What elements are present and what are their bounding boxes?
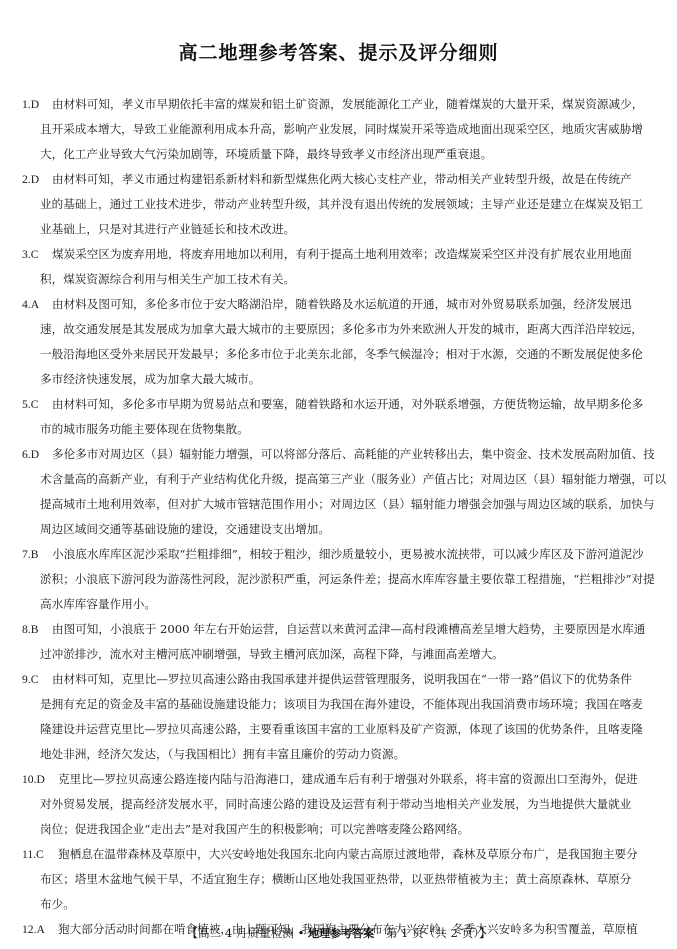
answer-text: 市的城市服务功能主要体现在货物集散。 bbox=[40, 422, 249, 436]
answer-text: 术含量高的高新产业，有利于产业结构优化升级，提高第三产业（服务业）产值占比；对周… bbox=[40, 472, 666, 486]
answer-item: 9.C由材料可知，克里比—罗拉贝高速公路由我国承建并提供运营管理服务，说明我国在… bbox=[0, 667, 677, 767]
answer-continuation-line: 积，煤炭资源综合利用与相关生产加工技术有关。 bbox=[0, 267, 677, 292]
answer-text: 克里比—罗拉贝高速公路连接内陆与沿海港口，建成通车后有利于增强对外联系，将丰富的… bbox=[58, 772, 638, 786]
answer-first-line: 3.C煤炭采空区为废弃用地，将废弃用地加以利用，有利于提高土地利用效率；改造煤炭… bbox=[0, 242, 677, 267]
answer-first-line: 7.B小浪底水库库区泥沙采取“拦粗排细”，相较于粗沙，细沙质量较小，更易被水流挟… bbox=[0, 542, 677, 567]
answer-continuation-line: 过冲淤排沙，流水对主槽河底冲刷增强，导致主槽河底加深，高程下降，与滩面高差增大。 bbox=[0, 642, 677, 667]
answer-continuation-line: 且开采成本增大，导致工业能源利用成本升高，影响产业发展，同时煤炭开采等造成地面出… bbox=[0, 117, 677, 142]
answer-first-line: 10.D克里比—罗拉贝高速公路连接内陆与沿海港口，建成通车后有利于增强对外联系，… bbox=[0, 767, 677, 792]
answer-continuation-line: 岗位；促进我国企业“走出去”是对我国产生的积极影响；可以完善喀麦隆公路网络。 bbox=[0, 817, 677, 842]
answer-first-line: 5.C由材料可知，多伦多市早期为贸易站点和要塞，随着铁路和水运开通，对外联系增强… bbox=[0, 392, 677, 417]
answer-item: 7.B小浪底水库库区泥沙采取“拦粗排细”，相较于粗沙，细沙质量较小，更易被水流挟… bbox=[0, 542, 677, 617]
answer-text: 布区；塔里木盆地气候干旱，不适宜狍生存；横断山区地处我国亚热带，以亚热带植被为主… bbox=[40, 872, 631, 886]
answer-text: 狍栖息在温带森林及草原中，大兴安岭地处我国东北向内蒙古高原过渡地带，森林及草原分… bbox=[58, 847, 638, 861]
answer-text: 由材料可知，多伦多市早期为贸易站点和要塞，随着铁路和水运开通，对外联系增强，方便… bbox=[52, 397, 643, 411]
answer-item: 3.C煤炭采空区为废弃用地，将废弃用地加以利用，有利于提高土地利用效率；改造煤炭… bbox=[0, 242, 677, 292]
answer-continuation-line: 地处非洲，经济欠发达，（与我国相比）拥有丰富且廉价的劳动力资源。 bbox=[0, 742, 677, 767]
answer-text: 过冲淤排沙，流水对主槽河底冲刷增强，导致主槽河底加深，高程下降，与滩面高差增大。 bbox=[40, 647, 504, 661]
page-footer: 【高二 4 月质量检测 • 地理参考答案 第 1 页（共 2 页）】 bbox=[0, 925, 677, 941]
footer-exam-label: 【高二 4 月质量检测 • bbox=[186, 926, 308, 940]
answer-number: 3.C bbox=[22, 242, 42, 267]
answer-number: 6.D bbox=[22, 442, 42, 467]
answer-text: 小浪底水库库区泥沙采取“拦粗排细”，相较于粗沙，细沙质量较小，更易被水流挟带，可… bbox=[52, 547, 644, 561]
answer-item: 4.A由材料及图可知，多伦多市位于安大略湖沿岸，随着铁路及水运航道的开通，城市对… bbox=[0, 292, 677, 392]
answer-first-line: 8.B由图可知，小浪底于 2000 年左右开始运营，自运营以来黄河孟津—高村段滩… bbox=[0, 617, 677, 642]
answer-first-line: 9.C由材料可知，克里比—罗拉贝高速公路由我国承建并提供运营管理服务，说明我国在… bbox=[0, 667, 677, 692]
answer-text: 煤炭采空区为废弃用地，将废弃用地加以利用，有利于提高土地利用效率；改造煤炭采空区… bbox=[52, 247, 632, 261]
answer-continuation-line: 对外贸易发展，提高经济发展水平，同时高速公路的建设及运营有利于带动当地相关产业发… bbox=[0, 792, 677, 817]
answer-continuation-line: 一般沿海地区受外来居民开发最早；多伦多市位于北美东北部，冬季气候湿冷；相对于水源… bbox=[0, 342, 677, 367]
document-page: 高二地理参考答案、提示及评分细则 1.D由材料可知，孝义市早期依托丰富的煤炭和铝… bbox=[0, 0, 677, 949]
answer-continuation-line: 大，化工产业导致大气污染加剧等，环境质量下降，最终导致孝义市经济出现严重衰退。 bbox=[0, 142, 677, 167]
answer-continuation-line: 高水库库容量作用小。 bbox=[0, 592, 677, 617]
answer-item: 5.C由材料可知，多伦多市早期为贸易站点和要塞，随着铁路和水运开通，对外联系增强… bbox=[0, 392, 677, 442]
answer-continuation-line: 多市经济快速发展，成为加拿大最大城市。 bbox=[0, 367, 677, 392]
answer-item: 2.D由材料可知，孝义市通过构建铝系新材料和新型煤焦化两大核心支柱产业，带动相关… bbox=[0, 167, 677, 242]
footer-subject: 地理参考答案 bbox=[308, 927, 374, 940]
answer-text: 业基础上，只是对其进行产业链延长和技术改进。 bbox=[40, 222, 295, 236]
answer-continuation-line: 隆建设并运营克里比—罗拉贝高速公路，主要看重该国丰富的工业原料及矿产资源，体现了… bbox=[0, 717, 677, 742]
answer-number: 9.C bbox=[22, 667, 42, 692]
answer-first-line: 2.D由材料可知，孝义市通过构建铝系新材料和新型煤焦化两大核心支柱产业，带动相关… bbox=[0, 167, 677, 192]
answer-continuation-line: 术含量高的高新产业，有利于产业结构优化升级，提高第三产业（服务业）产值占比；对周… bbox=[0, 467, 677, 492]
answer-continuation-line: 布区；塔里木盆地气候干旱，不适宜狍生存；横断山区地处我国亚热带，以亚热带植被为主… bbox=[0, 867, 677, 892]
answer-text: 由图可知，小浪底于 2000 年左右开始运营，自运营以来黄河孟津—高村段滩槽高差… bbox=[52, 622, 645, 636]
answer-item: 8.B由图可知，小浪底于 2000 年左右开始运营，自运营以来黄河孟津—高村段滩… bbox=[0, 617, 677, 667]
answer-continuation-line: 淤积；小浪底下游河段为游荡性河段，泥沙淤积严重，河运条件差；提高水库库容量主要依… bbox=[0, 567, 677, 592]
answer-number: 10.D bbox=[22, 767, 48, 792]
answer-text: 布少。 bbox=[40, 897, 75, 911]
answer-continuation-line: 业的基础上，通过工业技术进步，带动产业转型升级，其并没有退出传统的发展领域；主导… bbox=[0, 192, 677, 217]
answer-continuation-line: 布少。 bbox=[0, 892, 677, 917]
answer-item: 1.D由材料可知，孝义市早期依托丰富的煤炭和铝土矿资源，发展能源化工产业，随着煤… bbox=[0, 92, 677, 167]
answer-item: 6.D多伦多市对周边区（县）辐射能力增强，可以将部分落后、高耗能的产业转移出去，… bbox=[0, 442, 677, 542]
answer-list: 1.D由材料可知，孝义市早期依托丰富的煤炭和铝土矿资源，发展能源化工产业，随着煤… bbox=[0, 92, 677, 942]
answer-text: 业的基础上，通过工业技术进步，带动产业转型升级，其并没有退出传统的发展领域；主导… bbox=[40, 197, 643, 211]
answer-text: 一般沿海地区受外来居民开发最早；多伦多市位于北美东北部，冬季气候湿冷；相对于水源… bbox=[40, 347, 643, 361]
answer-continuation-line: 是拥有充足的资金及丰富的基础设施建设能力；该项目为我国在海外建设，不能体现出我国… bbox=[0, 692, 677, 717]
answer-text: 多伦多市对周边区（县）辐射能力增强，可以将部分落后、高耗能的产业转移出去，集中资… bbox=[52, 447, 655, 461]
answer-text: 是拥有充足的资金及丰富的基础设施建设能力；该项目为我国在海外建设，不能体现出我国… bbox=[40, 697, 643, 711]
answer-first-line: 1.D由材料可知，孝义市早期依托丰富的煤炭和铝土矿资源，发展能源化工产业，随着煤… bbox=[0, 92, 677, 117]
answer-text: 隆建设并运营克里比—罗拉贝高速公路，主要看重该国丰富的工业原料及矿产资源，体现了… bbox=[40, 722, 643, 736]
answer-item: 10.D克里比—罗拉贝高速公路连接内陆与沿海港口，建成通车后有利于增强对外联系，… bbox=[0, 767, 677, 842]
answer-text: 周边区域间交通等基础设施的建设，交通建设支出增加。 bbox=[40, 522, 330, 536]
answer-text: 且开采成本增大，导致工业能源利用成本升高，影响产业发展，同时煤炭开采等造成地面出… bbox=[40, 122, 643, 136]
answer-text: 淤积；小浪底下游河段为游荡性河段，泥沙淤积严重，河运条件差；提高水库库容量主要依… bbox=[40, 572, 655, 586]
answer-text: 大，化工产业导致大气污染加剧等，环境质量下降，最终导致孝义市经济出现严重衰退。 bbox=[40, 147, 492, 161]
answer-text: 速，故交通发展是其发展成为加拿大最大城市的主要原因；多伦多市为外来欧洲人开发的城… bbox=[40, 322, 643, 336]
answer-continuation-line: 业基础上，只是对其进行产业链延长和技术改进。 bbox=[0, 217, 677, 242]
answer-number: 8.B bbox=[22, 617, 42, 642]
answer-text: 由材料可知，克里比—罗拉贝高速公路由我国承建并提供运营管理服务，说明我国在“一带… bbox=[52, 672, 632, 686]
answer-text: 高水库库容量作用小。 bbox=[40, 597, 156, 611]
answer-number: 5.C bbox=[22, 392, 42, 417]
answer-text: 由材料可知，孝义市通过构建铝系新材料和新型煤焦化两大核心支柱产业，带动相关产业转… bbox=[52, 172, 632, 186]
answer-text: 提高城市土地利用效率，但对扩大城市管辖范围作用小；对周边区（县）辐射能力增强会加… bbox=[40, 497, 654, 511]
answer-first-line: 4.A由材料及图可知，多伦多市位于安大略湖沿岸，随着铁路及水运航道的开通，城市对… bbox=[0, 292, 677, 317]
answer-number: 4.A bbox=[22, 292, 42, 317]
answer-continuation-line: 速，故交通发展是其发展成为加拿大最大城市的主要原因；多伦多市为外来欧洲人开发的城… bbox=[0, 317, 677, 342]
answer-text: 由材料可知，孝义市早期依托丰富的煤炭和铝土矿资源，发展能源化工产业，随着煤炭的大… bbox=[52, 97, 643, 111]
answer-number: 7.B bbox=[22, 542, 42, 567]
answer-text: 地处非洲，经济欠发达，（与我国相比）拥有丰富且廉价的劳动力资源。 bbox=[40, 747, 405, 761]
answer-first-line: 11.C狍栖息在温带森林及草原中，大兴安岭地处我国东北向内蒙古高原过渡地带，森林… bbox=[0, 842, 677, 867]
answer-continuation-line: 市的城市服务功能主要体现在货物集散。 bbox=[0, 417, 677, 442]
answer-first-line: 6.D多伦多市对周边区（县）辐射能力增强，可以将部分落后、高耗能的产业转移出去，… bbox=[0, 442, 677, 467]
answer-continuation-line: 周边区域间交通等基础设施的建设，交通建设支出增加。 bbox=[0, 517, 677, 542]
answer-text: 多市经济快速发展，成为加拿大最大城市。 bbox=[40, 372, 260, 386]
answer-text: 积，煤炭资源综合利用与相关生产加工技术有关。 bbox=[40, 272, 295, 286]
answer-text: 岗位；促进我国企业“走出去”是对我国产生的积极影响；可以完善喀麦隆公路网络。 bbox=[40, 822, 469, 836]
answer-continuation-line: 提高城市土地利用效率，但对扩大城市管辖范围作用小；对周边区（县）辐射能力增强会加… bbox=[0, 492, 677, 517]
footer-page-number: 第 1 页（共 2 页）】 bbox=[374, 926, 490, 940]
page-title: 高二地理参考答案、提示及评分细则 bbox=[0, 38, 677, 65]
answer-number: 1.D bbox=[22, 92, 42, 117]
answer-number: 2.D bbox=[22, 167, 42, 192]
answer-text: 对外贸易发展，提高经济发展水平，同时高速公路的建设及运营有利于带动当地相关产业发… bbox=[40, 797, 631, 811]
answer-number: 11.C bbox=[22, 842, 48, 867]
answer-text: 由材料及图可知，多伦多市位于安大略湖沿岸，随着铁路及水运航道的开通，城市对外贸易… bbox=[52, 297, 632, 311]
answer-item: 11.C狍栖息在温带森林及草原中，大兴安岭地处我国东北向内蒙古高原过渡地带，森林… bbox=[0, 842, 677, 917]
